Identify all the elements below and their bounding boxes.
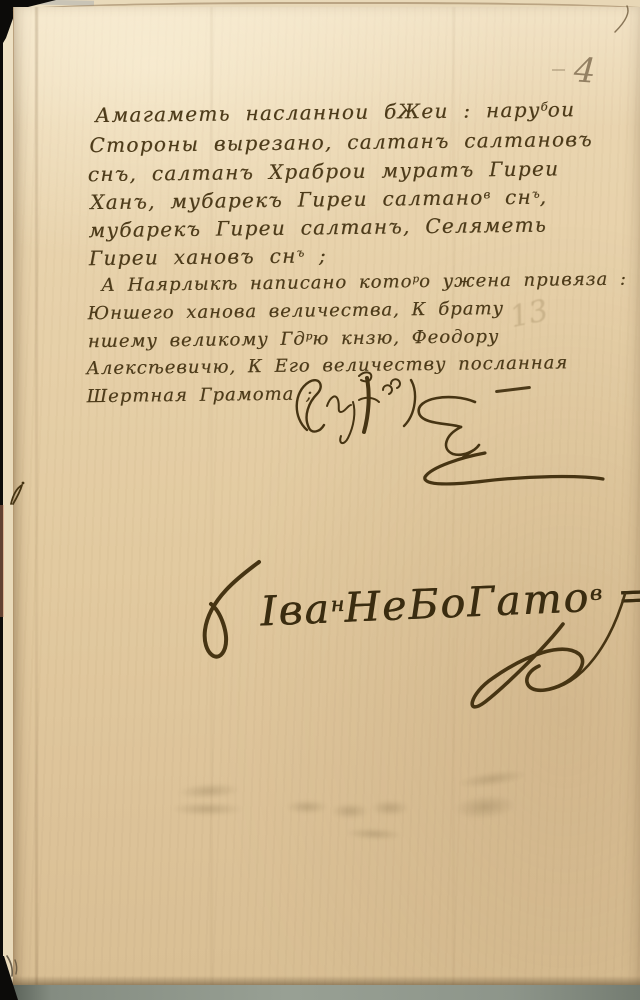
manuscript-line: Гиреи хановъ снъ ; [89, 243, 327, 270]
name-tail-flourish [439, 580, 640, 732]
bleed-through-smudge [455, 767, 528, 791]
manuscript-page: 4 Амагаметь насланнои бЖеи : нарубои Сто… [13, 7, 640, 985]
folio-dash-mark [552, 69, 565, 71]
manuscript-line: А Наярлыкѣ написано которо ужена привяза… [101, 269, 627, 296]
manuscript-line: мубарекъ Гиреи салтанъ, Селяметь [88, 213, 547, 243]
page-bottom-shadow [0, 976, 640, 985]
folio-number: 4 [573, 50, 597, 91]
manuscript-line: Шертная Грамота ; [86, 383, 313, 407]
manuscript-line: Юншего ханова величества, К брату [87, 298, 504, 324]
corner-curl-mark [611, 4, 639, 34]
bleed-through-smudge [371, 800, 409, 816]
bleed-through-smudge [452, 792, 518, 821]
bleed-through-smudge [171, 802, 243, 816]
manuscript-line: ншему великому Гдрю кнзю, Феодору [88, 326, 500, 352]
page-edge-tint [0, 505, 4, 617]
cascade-z-flourish [393, 390, 638, 498]
bleed-through-smudge [177, 781, 242, 800]
bleed-through-smudge [286, 800, 328, 814]
name-left-loop-flourish [195, 554, 267, 672]
bleed-through-smudge [345, 827, 403, 841]
pencil-note: 13 [507, 293, 552, 335]
document-scan: 4 Амагаметь насланнои бЖеи : нарубои Сто… [0, 0, 640, 1000]
marginal-ink-mark [5, 480, 29, 508]
fold-crease [35, 7, 38, 985]
bleed-through-smudge [331, 803, 369, 819]
manuscript-line: Ханъ, мубарекъ Гиреи салтанов снъ, [90, 185, 547, 215]
manuscript-line: Стороны вырезано, салтанъ салтановъ [89, 127, 593, 157]
manuscript-line: снъ, салтанъ Храброи муратъ Гиреи [88, 156, 560, 186]
scan-background-strip [0, 985, 640, 1000]
